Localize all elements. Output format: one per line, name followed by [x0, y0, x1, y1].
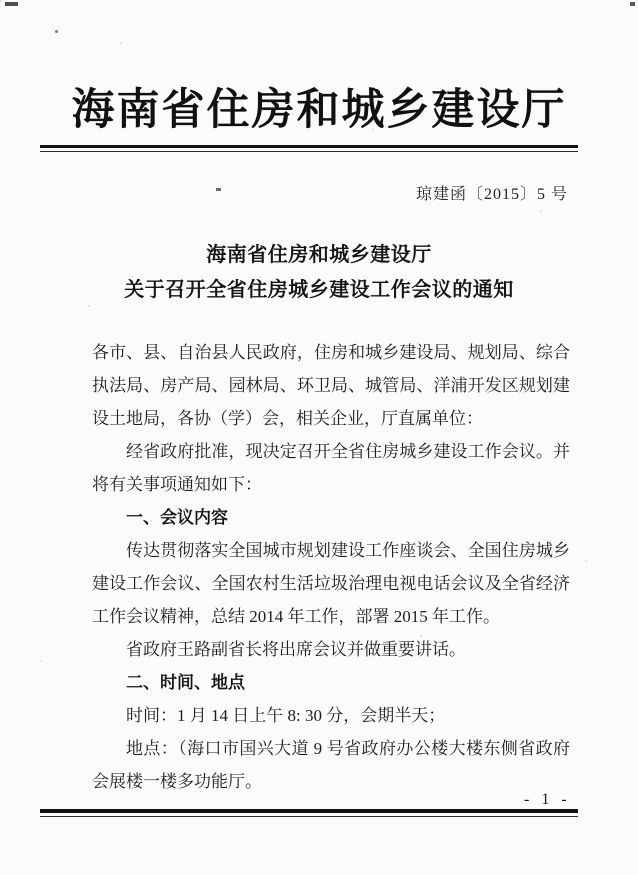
scan-artifact-dot	[216, 188, 221, 191]
masthead-rule	[40, 145, 578, 148]
document-title-line1: 海南省住房和城乡建设厅	[0, 238, 638, 273]
document-title-line2: 关于召开全省住房城乡建设工作会议的通知	[0, 273, 638, 308]
document-number: 琼建函〔2015〕5 号	[416, 181, 568, 204]
salutation-paragraph: 各市、县、自治县人民政府，住房和城乡建设局、规划局、综合执法局、房产局、园林局、…	[92, 336, 570, 435]
section-heading-1: 一、会议内容	[92, 501, 570, 534]
body-paragraph: 传达贯彻落实全国城市规划建设工作座谈会、全国住房城乡建设工作会议、全国农村生活垃…	[92, 534, 570, 633]
scan-artifact-top-left	[5, 2, 18, 6]
page-number: - 1 -	[524, 791, 571, 809]
scan-artifact-dot	[55, 30, 58, 33]
scan-noise	[0, 0, 2, 2]
footer-rule	[40, 809, 578, 813]
meeting-location-line: 地点：（海口市国兴大道 9 号省政府办公楼大楼东侧省政府会展楼一楼多功能厅。	[92, 732, 570, 798]
agency-masthead: 海南省住房和城乡建设厅	[0, 76, 638, 137]
section-heading-2: 二、时间、地点	[92, 666, 570, 699]
scan-artifact-top-right	[630, 2, 635, 6]
document-body: 各市、县、自治县人民政府，住房和城乡建设局、规划局、综合执法局、房产局、园林局、…	[92, 336, 570, 798]
meeting-time-line: 时间：1 月 14 日上午 8: 30 分，会期半天；	[92, 699, 570, 732]
document-title: 海南省住房和城乡建设厅 关于召开全省住房城乡建设工作会议的通知	[0, 238, 638, 308]
scanned-document-page: 海南省住房和城乡建设厅 琼建函〔2015〕5 号 海南省住房和城乡建设厅 关于召…	[0, 0, 638, 875]
body-paragraph: 经省政府批准，现决定召开全省住房城乡建设工作会议。并将有关事项通知如下：	[92, 435, 570, 501]
body-paragraph: 省政府王路副省长将出席会议并做重要讲话。	[92, 633, 570, 666]
